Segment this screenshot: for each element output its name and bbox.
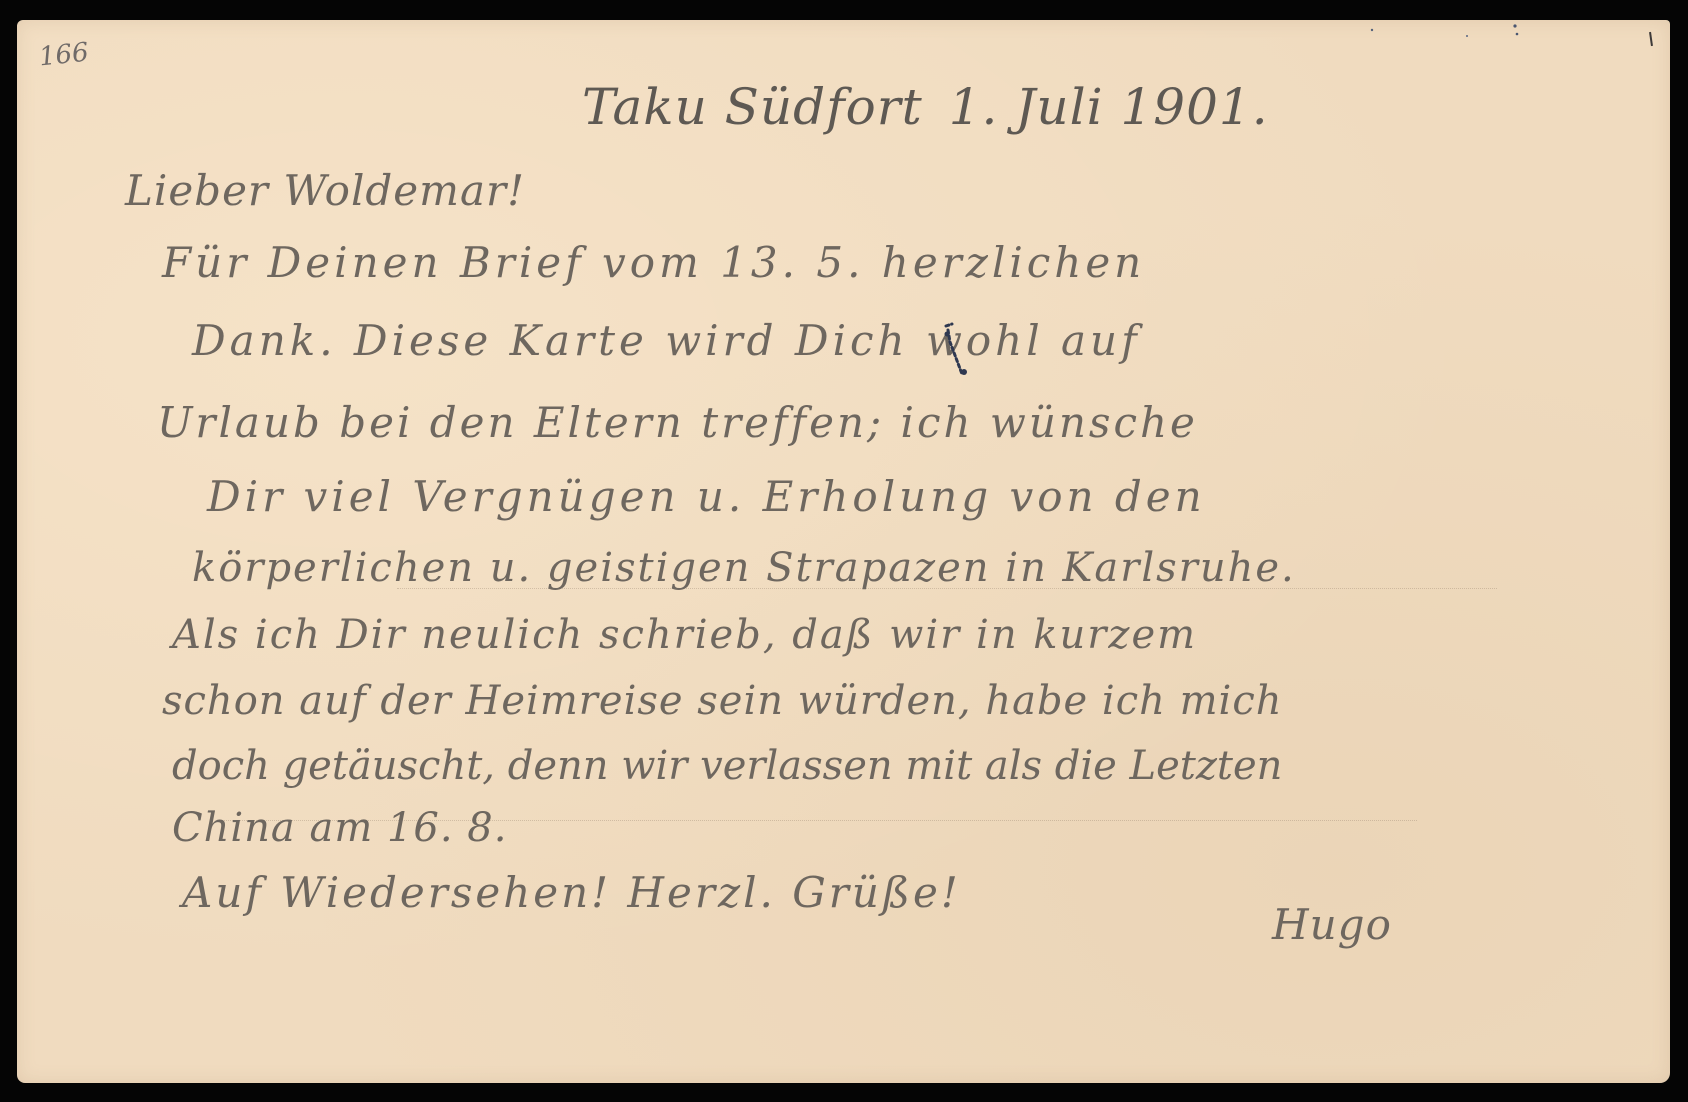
- body-line: Urlaub bei den Eltern treffen; ich wünsc…: [157, 398, 1198, 447]
- body-line: doch getäuscht, denn wir verlassen mit a…: [172, 743, 1282, 789]
- postmark-residue-icon: [1367, 20, 1527, 50]
- body-line: Als ich Dir neulich schrieb, daß wir in …: [172, 612, 1197, 658]
- body-line: Dank. Diese Karte wird Dich wohl auf: [192, 316, 1141, 365]
- archive-number: 166: [38, 37, 91, 72]
- heading-line: Taku Südfort1. Juli 1901.: [582, 78, 1269, 136]
- body-line: China am 16. 8.: [172, 805, 507, 851]
- body-line: Für Deinen Brief vom 13. 5. herzlichen: [162, 238, 1145, 287]
- postcard: 166 Taku Südfort1. Juli 1901. Lieber Wol…: [17, 20, 1670, 1083]
- body-line: körperlichen u. geistigen Strapazen in K…: [192, 545, 1296, 591]
- body-line: schon auf der Heimreise sein würden, hab…: [162, 678, 1283, 724]
- salutation: Lieber Woldemar!: [125, 166, 525, 215]
- corner-mark: [1649, 32, 1653, 46]
- signature: Hugo: [1272, 900, 1392, 949]
- body-line: Dir viel Vergnügen u. Erholung von den: [207, 472, 1206, 521]
- heading-date: 1. Juli 1901.: [949, 78, 1269, 136]
- closing: Auf Wiedersehen! Herzl. Grüße!: [182, 868, 961, 917]
- heading-place: Taku Südfort: [582, 78, 923, 136]
- ink-stamp-mark-icon: [942, 322, 970, 378]
